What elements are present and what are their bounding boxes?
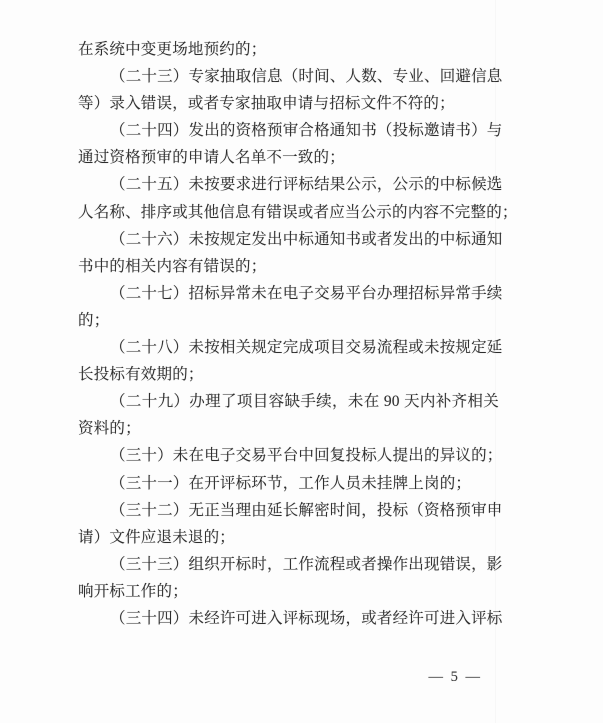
text-line: 请）文件应退未退的； (78, 524, 499, 551)
text-line: 的； (78, 307, 499, 334)
text-line: 在系统中变更场地预约的； (78, 36, 499, 63)
text-line: （二十三）专家抽取信息（时间、人数、专业、回避信息 (78, 63, 499, 90)
text-line: （二十九）办理了项目容缺手续，未在 90 天内补齐相关 (78, 388, 499, 415)
text-line: 书中的相关内容有错误的； (78, 253, 499, 280)
text-line: （二十五）未按要求进行评标结果公示，公示的中标候选 (78, 171, 499, 198)
text-line: 响开标工作的； (78, 578, 499, 605)
text-line: （二十四）发出的资格预审合格通知书（投标邀请书）与 (78, 117, 499, 144)
text-line: 长投标有效期的； (78, 361, 499, 388)
text-line: （三十一）在开评标环节，工作人员未挂牌上岗的； (78, 470, 499, 497)
scanned-document-page: 在系统中变更场地预约的；（二十三）专家抽取信息（时间、人数、专业、回避信息等）录… (0, 0, 603, 723)
text-line: （二十八）未按相关规定完成项目交易流程或未按规定延 (78, 334, 499, 361)
page-number: — 5 — (429, 668, 483, 686)
text-line: 等）录入错误，或者专家抽取申请与招标文件不符的； (78, 90, 499, 117)
text-line: （二十七）招标异常未在电子交易平台办理招标异常手续 (78, 280, 499, 307)
text-line: （三十二）无正当理由延长解密时间，投标（资格预审申 (78, 497, 499, 524)
text-line: （三十）未在电子交易平台中回复投标人提出的异议的； (78, 442, 499, 469)
text-line: 人名称、排序或其他信息有错误或者应当公示的内容不完整的； (78, 199, 499, 226)
text-line: 资料的； (78, 415, 499, 442)
document-body-text: 在系统中变更场地预约的；（二十三）专家抽取信息（时间、人数、专业、回避信息等）录… (78, 36, 499, 632)
text-line: （三十三）组织开标时，工作流程或者操作出现错误，影 (78, 551, 499, 578)
text-line: （二十六）未按规定发出中标通知书或者发出的中标通知 (78, 226, 499, 253)
text-line: 通过资格预审的申请人名单不一致的； (78, 144, 499, 171)
text-line: （三十四）未经许可进入评标现场，或者经许可进入评标 (78, 605, 499, 632)
